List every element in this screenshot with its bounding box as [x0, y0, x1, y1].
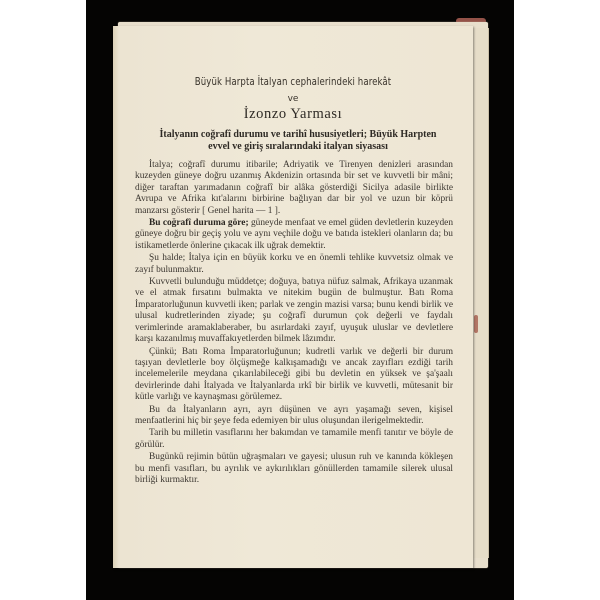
document-body: İtalya; coğrafî durumu itibarile; Adriya… [135, 160, 453, 486]
subtitle-line2: evvel ve giriş sıralarındaki italyan siy… [133, 141, 463, 153]
paragraph: İtalya; coğrafî durumu itibarile; Adriya… [135, 160, 453, 217]
paragraph: Tarih bu milletin vasıflarını her bakımd… [135, 428, 453, 451]
section-subtitle: İtalyanın coğrafî durumu ve tarihî husus… [133, 129, 463, 153]
subtitle-line1: İtalyanın coğrafî durumu ve tarihî husus… [133, 129, 463, 141]
document-title-line1: Büyük Harpta İtalyan cephalerindeki hare… [145, 76, 440, 88]
document-title-main: İzonzo Yarması [113, 106, 473, 123]
paragraph: Kuvvetli bulunduğu müddetçe; doğuya, bat… [135, 277, 453, 345]
document-title-conjunction: ve [113, 94, 473, 104]
paragraph-lead: Bu coğrafî duruma göre; [149, 218, 249, 228]
paragraph: Bu da İtalyanların ayrı, ayrı düşünen ve… [135, 405, 453, 428]
paragraph: Bu coğrafî duruma göre; güneyde menfaat … [135, 218, 453, 252]
paragraph: Şu halde; İtalya için en büyük korku ve … [135, 253, 453, 276]
paragraph: Bugünkü rejimin bütün uğraşmaları ve gay… [135, 452, 453, 486]
page-edge-stain [474, 315, 478, 333]
document-page: Büyük Harpta İtalyan cephalerindeki hare… [113, 26, 473, 568]
paragraph: Çünkü; Batı Roma İmparatorluğunun; kudre… [135, 347, 453, 404]
